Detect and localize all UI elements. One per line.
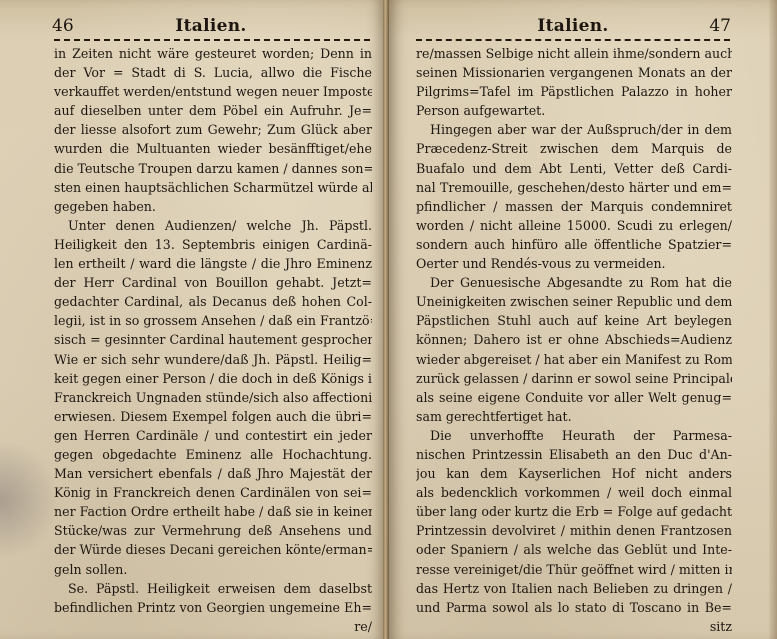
text-line: sondern auch hinfüro alle öffentliche Sp… [416, 235, 732, 254]
text-line: über lang oder kurtz die Erb = Folge auf… [416, 502, 732, 521]
text-line: gen Herren Cardinäle / und contestirt ei… [54, 426, 372, 445]
text-line: Heiligkeit den 13. Septembris einigen Ca… [54, 235, 372, 254]
text-line: Man versichert ebenfals / daß Jhro Majes… [54, 464, 372, 483]
text-line: sisch = gesinnter Cardinal hautement ges… [54, 330, 372, 349]
text-line: können; Dahero ist er ohne Abschieds=Aud… [416, 330, 732, 349]
page-header: 46 Italien. 46 [52, 12, 370, 36]
text-line: Person aufgewartet. [416, 101, 732, 120]
text-line: Se. Päpstl. Heiligkeit erweisen dem dase… [54, 579, 372, 598]
text-line: Præcedenz-Streit zwischen dem Marquis de [416, 139, 732, 158]
text-line: und Parma sowol als lo stato di Toscano … [416, 598, 732, 617]
text-line: Printzessin devolviret / mithin denen Fr… [416, 521, 732, 540]
text-line: der Würde dieses Decani gereichen könte/… [54, 540, 372, 559]
text-line: verkauffet werden/entstund wegen neuer I… [54, 82, 372, 101]
text-line: als seine eigene Conduite vor aller Welt… [416, 388, 732, 407]
text-line: Der Genuesische Abgesandte zu Rom hat di… [416, 273, 732, 292]
text-line: worden / nicht alleine 15000. Scudi zu e… [416, 216, 732, 235]
text-line: in Zeiten nicht wäre gesteuret worden; D… [54, 44, 372, 63]
text-line: Buafalo und dem Abt Lenti, Vetter deß Ca… [416, 159, 732, 178]
page-edge [769, 0, 777, 639]
text-line: der Herr Cardinal von Bouillon gehabt. J… [54, 273, 372, 292]
text-line: ner Faction Ordre ertheilt habe / daß si… [54, 502, 372, 521]
header-rule [54, 39, 370, 41]
text-line: gegen obgedachte Eminenz alle Hochachtun… [54, 445, 372, 464]
page-number: 46 [52, 16, 74, 36]
text-line: Die unverhoffte Heurath der Parmesa- [416, 426, 732, 445]
header-rule [416, 39, 730, 41]
text-line: re/ [54, 617, 372, 636]
text-line: das Hertz von Italien nach Belieben zu d… [416, 579, 732, 598]
text-line: auf dieselben unter dem Pöbel ein Aufruh… [54, 101, 372, 120]
right-page: 47 Italien. 47 re/massen Selbige nicht a… [389, 0, 777, 639]
book-spread: 46 Italien. 46 in Zeiten nicht wäre gest… [0, 0, 777, 639]
text-line: len ertheilt / ward die längste / die Jh… [54, 254, 372, 273]
text-line: geln sollen. [54, 560, 372, 579]
text-line: befindlichen Printz von Georgien ungemei… [54, 598, 372, 617]
text-line: erwiesen. Diesem Exempel folgen auch die… [54, 407, 372, 426]
body-text: re/massen Selbige nicht allein ihme/sond… [416, 44, 732, 636]
text-line: Franckreich Ungnaden stünde/sich also af… [54, 388, 372, 407]
text-line: Hingegen aber war der Außspruch/der in d… [416, 120, 732, 139]
text-line: Päpstlichen Stuhl auch auf keine Art bey… [416, 311, 732, 330]
running-title: Italien. [437, 16, 710, 36]
running-title: Italien. [74, 16, 349, 36]
text-line: als bedencklich vorkommen / weil doch ei… [416, 483, 732, 502]
text-line: Wie er sich sehr wundere/daß Jh. Päpstl.… [54, 350, 372, 369]
text-line: gegeben haben. [54, 197, 372, 216]
text-line: nal Tremouille, geschehen/desto härter u… [416, 178, 732, 197]
text-line: der Vor = Stadt di S. Lucia, allwo die F… [54, 63, 372, 82]
text-line: sitz [416, 617, 732, 636]
text-line: pfindlicher / massen der Marquis condemn… [416, 197, 732, 216]
text-line: nischen Printzessin Elisabeth an den Duc… [416, 445, 732, 464]
body-text: in Zeiten nicht wäre gesteuret worden; D… [54, 44, 372, 636]
page-header: 47 Italien. 47 [415, 12, 731, 36]
text-line: oder Spaniern / als welche das Geblüt un… [416, 540, 732, 559]
text-line: sam gerechtfertiget hat. [416, 407, 732, 426]
text-line: sten einen hauptsächlichen Scharmützel w… [54, 178, 372, 197]
text-line: legii, ist in so grossem Ansehen / daß e… [54, 311, 372, 330]
text-line: zurück gelassen / darinn er sowol seine … [416, 369, 732, 388]
text-line: gedachter Cardinal, als Decanus deß hohe… [54, 292, 372, 311]
text-line: die Teutsche Troupen darzu kamen / danne… [54, 159, 372, 178]
text-line: Uneinigkeiten zwischen seiner Republic u… [416, 292, 732, 311]
text-line: der liesse alsofort zum Gewehr; Zum Glüc… [54, 120, 372, 139]
text-line: re/massen Selbige nicht allein ihme/sond… [416, 44, 732, 63]
text-line: Oerter und Rendés-vous zu vermeiden. [416, 254, 732, 273]
text-line: keit gegen einer Person / die doch in de… [54, 369, 372, 388]
text-line: resse vereiniget/die Thür geöffnet wird … [416, 560, 732, 579]
page-edge-shadow [0, 440, 60, 560]
text-line: jou kan dem Kayserlichen Hof nicht ander… [416, 464, 732, 483]
text-line: König in Franckreich denen Cardinälen vo… [54, 483, 372, 502]
text-line: Unter denen Audienzen/ welche Jh. Päpstl… [54, 216, 372, 235]
text-line: Stücke/was zur Vermehrung deß Ansehens u… [54, 521, 372, 540]
text-line: wurden die Multuanten wieder besänfftige… [54, 139, 372, 158]
text-line: Pilgrims=Tafel im Päpstlichen Palazzo in… [416, 82, 732, 101]
text-line: wieder abgereiset / hat aber ein Manifes… [416, 350, 732, 369]
page-number: 47 [709, 16, 731, 36]
text-line: seinen Missionarien vergangenen Monats a… [416, 63, 732, 82]
left-page: 46 Italien. 46 in Zeiten nicht wäre gest… [0, 0, 383, 639]
